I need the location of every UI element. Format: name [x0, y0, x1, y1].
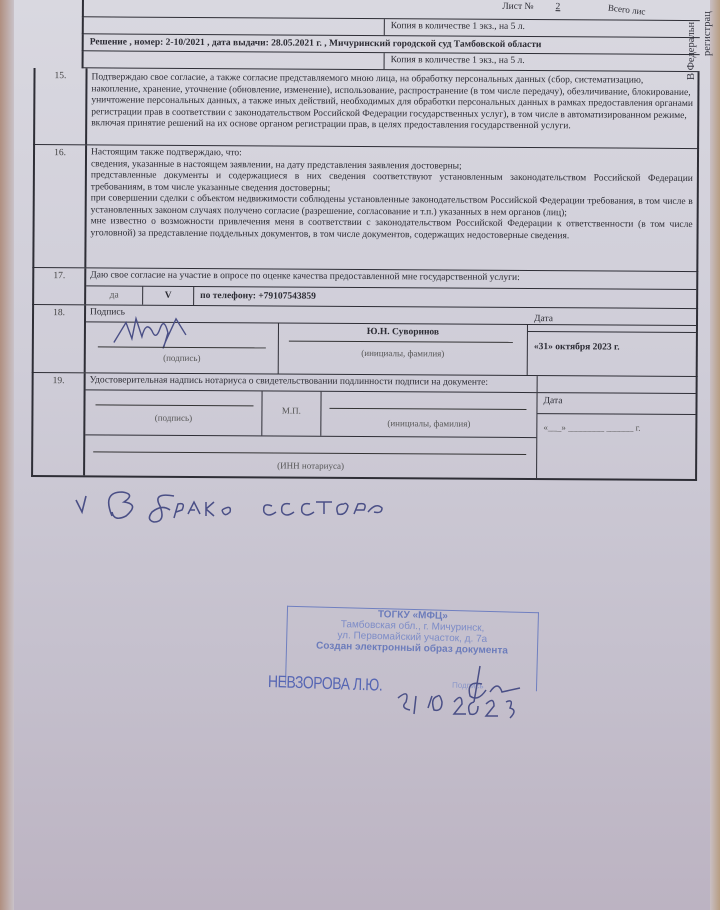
notary-left: Удостоверительная надпись нотариуса о св…	[85, 373, 537, 478]
total-sheets-label: Всего лис	[608, 3, 647, 17]
notary-name-field[interactable]: (инициалы, фамилия)	[321, 392, 536, 437]
confirmations-body: Настоящим также подтверждаю, что: сведен…	[86, 145, 697, 271]
item-number: 15.	[35, 68, 87, 144]
notary-signature-caption: (подпись)	[85, 412, 261, 425]
paper-edge-left	[0, 0, 14, 910]
notary-body: Удостоверительная надпись нотариуса о св…	[85, 373, 696, 479]
date-cell: Дата «31» октября 2023 г.	[528, 311, 696, 376]
item-19-notary: 19. Удостоверительная надпись нотариуса …	[31, 373, 698, 481]
notary-name-underline	[329, 408, 526, 410]
inn-underline	[93, 451, 526, 455]
sheet-number: Лист № 2	[502, 2, 580, 12]
date-value[interactable]: «31» октября 2023 г.	[528, 332, 696, 365]
inn-caption: (ИНН нотариуса)	[85, 459, 536, 473]
paper-edge-right	[710, 0, 720, 910]
notary-signature-field[interactable]: (подпись)	[85, 390, 262, 435]
stamp-employee-name: НЕВЗОРОВА Л.Ю.	[268, 672, 383, 696]
sheet-label: Лист №	[502, 2, 533, 12]
notary-date-value[interactable]: «___» ________ ______ г.	[537, 414, 695, 442]
item-number: 16.	[34, 145, 87, 267]
signature-caption: (подпись)	[86, 352, 278, 365]
survey-checkbox[interactable]: V	[143, 287, 194, 305]
seal-cell: М.П.	[262, 391, 321, 435]
notary-inn-field[interactable]: (ИНН нотариуса)	[85, 434, 536, 478]
notary-date-label: Дата	[537, 392, 695, 415]
copy-blank	[84, 51, 385, 69]
item-18-signature: 18. Подпись (подпись) Ю.Н. Суворинов (ин…	[32, 305, 698, 377]
name-underline	[289, 341, 513, 343]
handwritten-signature-icon	[106, 310, 226, 351]
notary-signature-underline	[95, 404, 253, 406]
item-number: 17.	[34, 268, 86, 304]
notary-name-caption: (инициалы, фамилия)	[321, 418, 536, 431]
notary-date-cell: Дата «___» ________ ______ г.	[536, 376, 696, 479]
survey-options: да V по телефону: +79107543859	[86, 286, 696, 308]
handwritten-note-icon	[62, 482, 402, 532]
item-16-confirmations: 16. Настоящим также подтверждаю, что: св…	[32, 145, 699, 272]
confirmation-line: мне известно о возможности привлечения м…	[91, 216, 693, 243]
signature-body: Подпись (подпись) Ю.Н. Суворинов (инициа…	[86, 305, 696, 376]
item-number: 18.	[34, 305, 86, 372]
date-label: Дата	[528, 311, 696, 333]
notary-top: Удостоверительная надпись нотариуса о св…	[85, 373, 696, 479]
item-number: 19.	[33, 373, 86, 475]
consent-text: Подтверждаю свое согласие, а также согла…	[87, 68, 697, 148]
seal-label: М.П.	[262, 405, 320, 417]
phone-value: по телефону: +79107543859	[194, 287, 322, 306]
margin-text-2: регистрац	[702, 11, 713, 56]
item-17-survey: 17. Даю свое согласие на участие в опрос…	[32, 268, 698, 309]
stamp-handwritten-date-icon	[370, 662, 530, 722]
signature-field[interactable]: (подпись)	[86, 322, 279, 373]
notary-grid: (подпись) М.П. (инициалы, фамилия)	[85, 389, 536, 437]
copy-blank	[84, 17, 385, 35]
option-yes-label: да	[86, 286, 143, 304]
copy-text: Копия в количестве 1 экз., на 5 л.	[385, 53, 700, 71]
item-15-consent: 15. Подтверждаю свое согласие, а также с…	[33, 68, 699, 149]
name-field[interactable]: Ю.Н. Суворинов (инициалы, фамилия)	[279, 324, 528, 376]
signature-grid: (подпись) Ю.Н. Суворинов (инициалы, фами…	[86, 321, 696, 376]
name-caption: (инициалы, фамилия)	[279, 348, 527, 361]
handwritten-note	[62, 482, 402, 532]
survey-body: Даю свое согласие на участие в опросе по…	[86, 268, 696, 308]
signer-name: Ю.Н. Суворинов	[279, 327, 527, 340]
copy-text: Копия в количестве 1 экз., на 5 л.	[385, 19, 700, 37]
application-form: Лист № 2 Всего лис Копия в количестве 1 …	[31, 0, 700, 481]
sheet-number-value: 2	[536, 2, 580, 12]
